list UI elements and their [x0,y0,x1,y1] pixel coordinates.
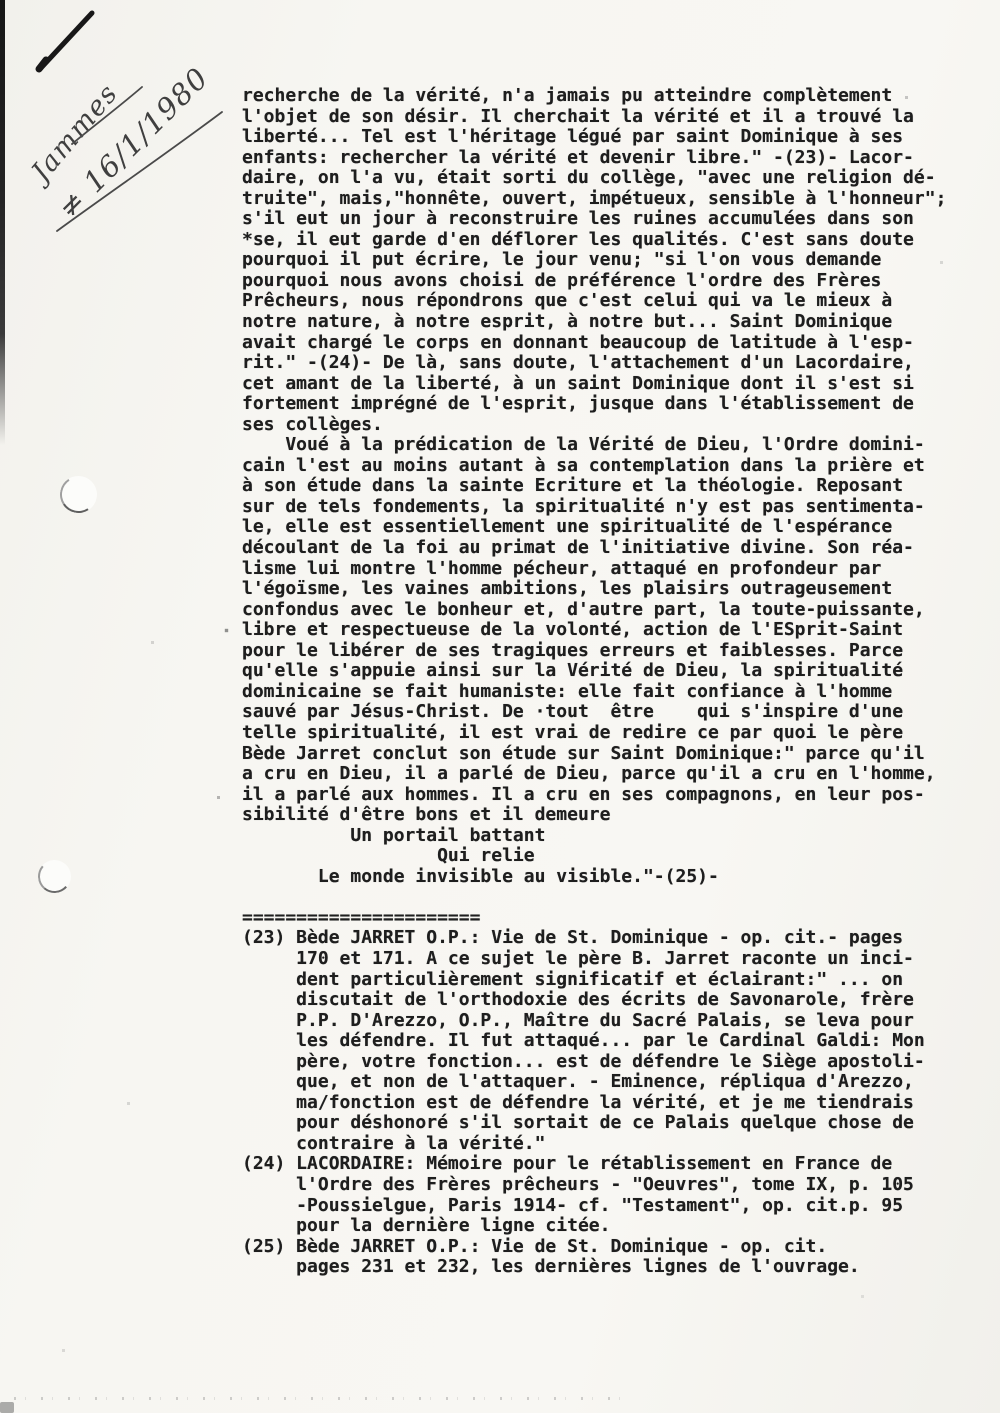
text-line: P.P. D'Arezzo, O.P., Maître du Sacré Pal… [242,1011,946,1032]
text-line: avait chargé le corps en donnant beaucou… [242,333,946,354]
text-line: dent particulièrement significatif et éc… [242,970,946,991]
text-line: confondus avec le bonheur et, d'autre pa… [242,600,946,621]
text-line: père, votre fonction... est de défendre … [242,1052,946,1073]
text-line: pourquoi il put écrire, le jour venu; "s… [242,250,946,271]
text-line: pour déshonoré s'il sortait de ce Palais… [242,1113,946,1134]
text-line: -Poussielgue, Paris 1914- cf. "Testament… [242,1196,946,1217]
text-line: lisme lui montre l'homme pécheur, attaqu… [242,559,946,580]
handwritten-annotation: Jammes ≠ 16/1/1980 [0,0,280,280]
scanned-page: Jammes ≠ 16/1/1980 recherche de la vérit… [0,0,1000,1413]
text-line: pour la dernière ligne citée. [242,1216,946,1237]
text-line: à son étude dans la sainte Ecriture et l… [242,476,946,497]
text-line: s'il eut un jour à reconstruire les ruin… [242,209,946,230]
text-line: les défendre. Il fut attaqué... par le C… [242,1031,946,1052]
text-line: 170 et 171. A ce sujet le père B. Jarret… [242,949,946,970]
text-line: découlant de la foi au primat de l'initi… [242,538,946,559]
pen-slash-mark-tip [39,60,46,69]
text-line: (25) Bède JARRET O.P.: Vie de St. Domini… [242,1237,946,1258]
text-line: Prêcheurs, nous répondrons que c'est cel… [242,291,946,312]
scan-bottom-noise [14,1397,624,1400]
hole-punch [57,473,101,517]
text-line: il a parlé aux hommes. Il a cru en ses c… [242,785,946,806]
text-line: notre nature, à notre esprit, à notre bu… [242,312,946,333]
text-line: le, elle est essentiellement une spiritu… [242,517,946,538]
text-line: cet amant de la liberté, à un saint Domi… [242,374,946,395]
text-line: l'égoïsme, les vaines ambitions, les pla… [242,579,946,600]
text-line: truite", mais,"honnête, ouvert, impétueu… [242,189,946,210]
text-line: Un portail battant [242,826,946,847]
text-line: l'objet de son désir. Il cherchait la vé… [242,107,946,128]
text-line: (23) Bède JARRET O.P.: Vie de St. Domini… [242,928,946,949]
text-line: recherche de la vérité, n'a jamais pu at… [242,86,946,107]
text-line: Qui relie [242,846,946,867]
text-line: contraire à la vérité." [242,1134,946,1155]
text-line: rit." -(24)- De là, sans doute, l'attach… [242,353,946,374]
text-line: pourquoi nous avons choisi de préférence… [242,271,946,292]
text-line: fortement imprégné de l'esprit, jusque d… [242,394,946,415]
text-line: qu'elle s'appuie ainsi sur la Vérité de … [242,661,946,682]
text-line: discutait de l'orthodoxie des écrits de … [242,990,946,1011]
text-line: sauvé par Jésus-Christ. De ·tout être qu… [242,702,946,723]
text-line: daire, on l'a vu, était sorti du collège… [242,168,946,189]
text-line: a cru en Dieu, il a parlé de Dieu, parce… [242,764,946,785]
text-line: Bède Jarret conclut son étude sur Saint … [242,744,946,765]
text-line: cain l'est au moins autant à sa contempl… [242,456,946,477]
text-line: que, et non de l'attaquer. - Eminence, r… [242,1072,946,1093]
text-line: ses collèges. [242,415,946,436]
text-line: enfants: rechercher la vérité et devenir… [242,148,946,169]
text-line: liberté... Tel est l'héritage légué par … [242,127,946,148]
text-line: dominicaine se fait humaniste: elle fait… [242,682,946,703]
typewritten-text-block: recherche de la vérité, n'a jamais pu at… [242,86,946,1278]
text-line: telle spiritualité, il est vrai de redir… [242,723,946,744]
text-line: sibilité d'être bons et il demeure [242,805,946,826]
text-line: (24) LACORDAIRE: Mémoire pour le rétabli… [242,1154,946,1175]
text-line: libre et respectueuse de la volonté, act… [242,620,946,641]
text-line: Voué à la prédication de la Vérité de Di… [242,435,946,456]
text-line [242,887,946,908]
text-line: l'Ordre des Frères prêcheurs - "Oeuvres"… [242,1175,946,1196]
text-line: ma/fonction est de défendre la vérité, e… [242,1093,946,1114]
scan-corner-mark [0,1402,14,1413]
text-line: ====================== [242,908,946,929]
text-line: pour le libérer de ses tragiques erreurs… [242,641,946,662]
text-line: pages 231 et 232, les dernières lignes d… [242,1257,946,1278]
hole-punch [37,859,72,894]
text-line: *se, il eut garde d'en déflorer les qual… [242,230,946,251]
text-line: sur de tels fondements, la spiritualité … [242,497,946,518]
text-line: Le monde invisible au visible."-(25)- [242,867,946,888]
toner-specks [0,0,1,1]
